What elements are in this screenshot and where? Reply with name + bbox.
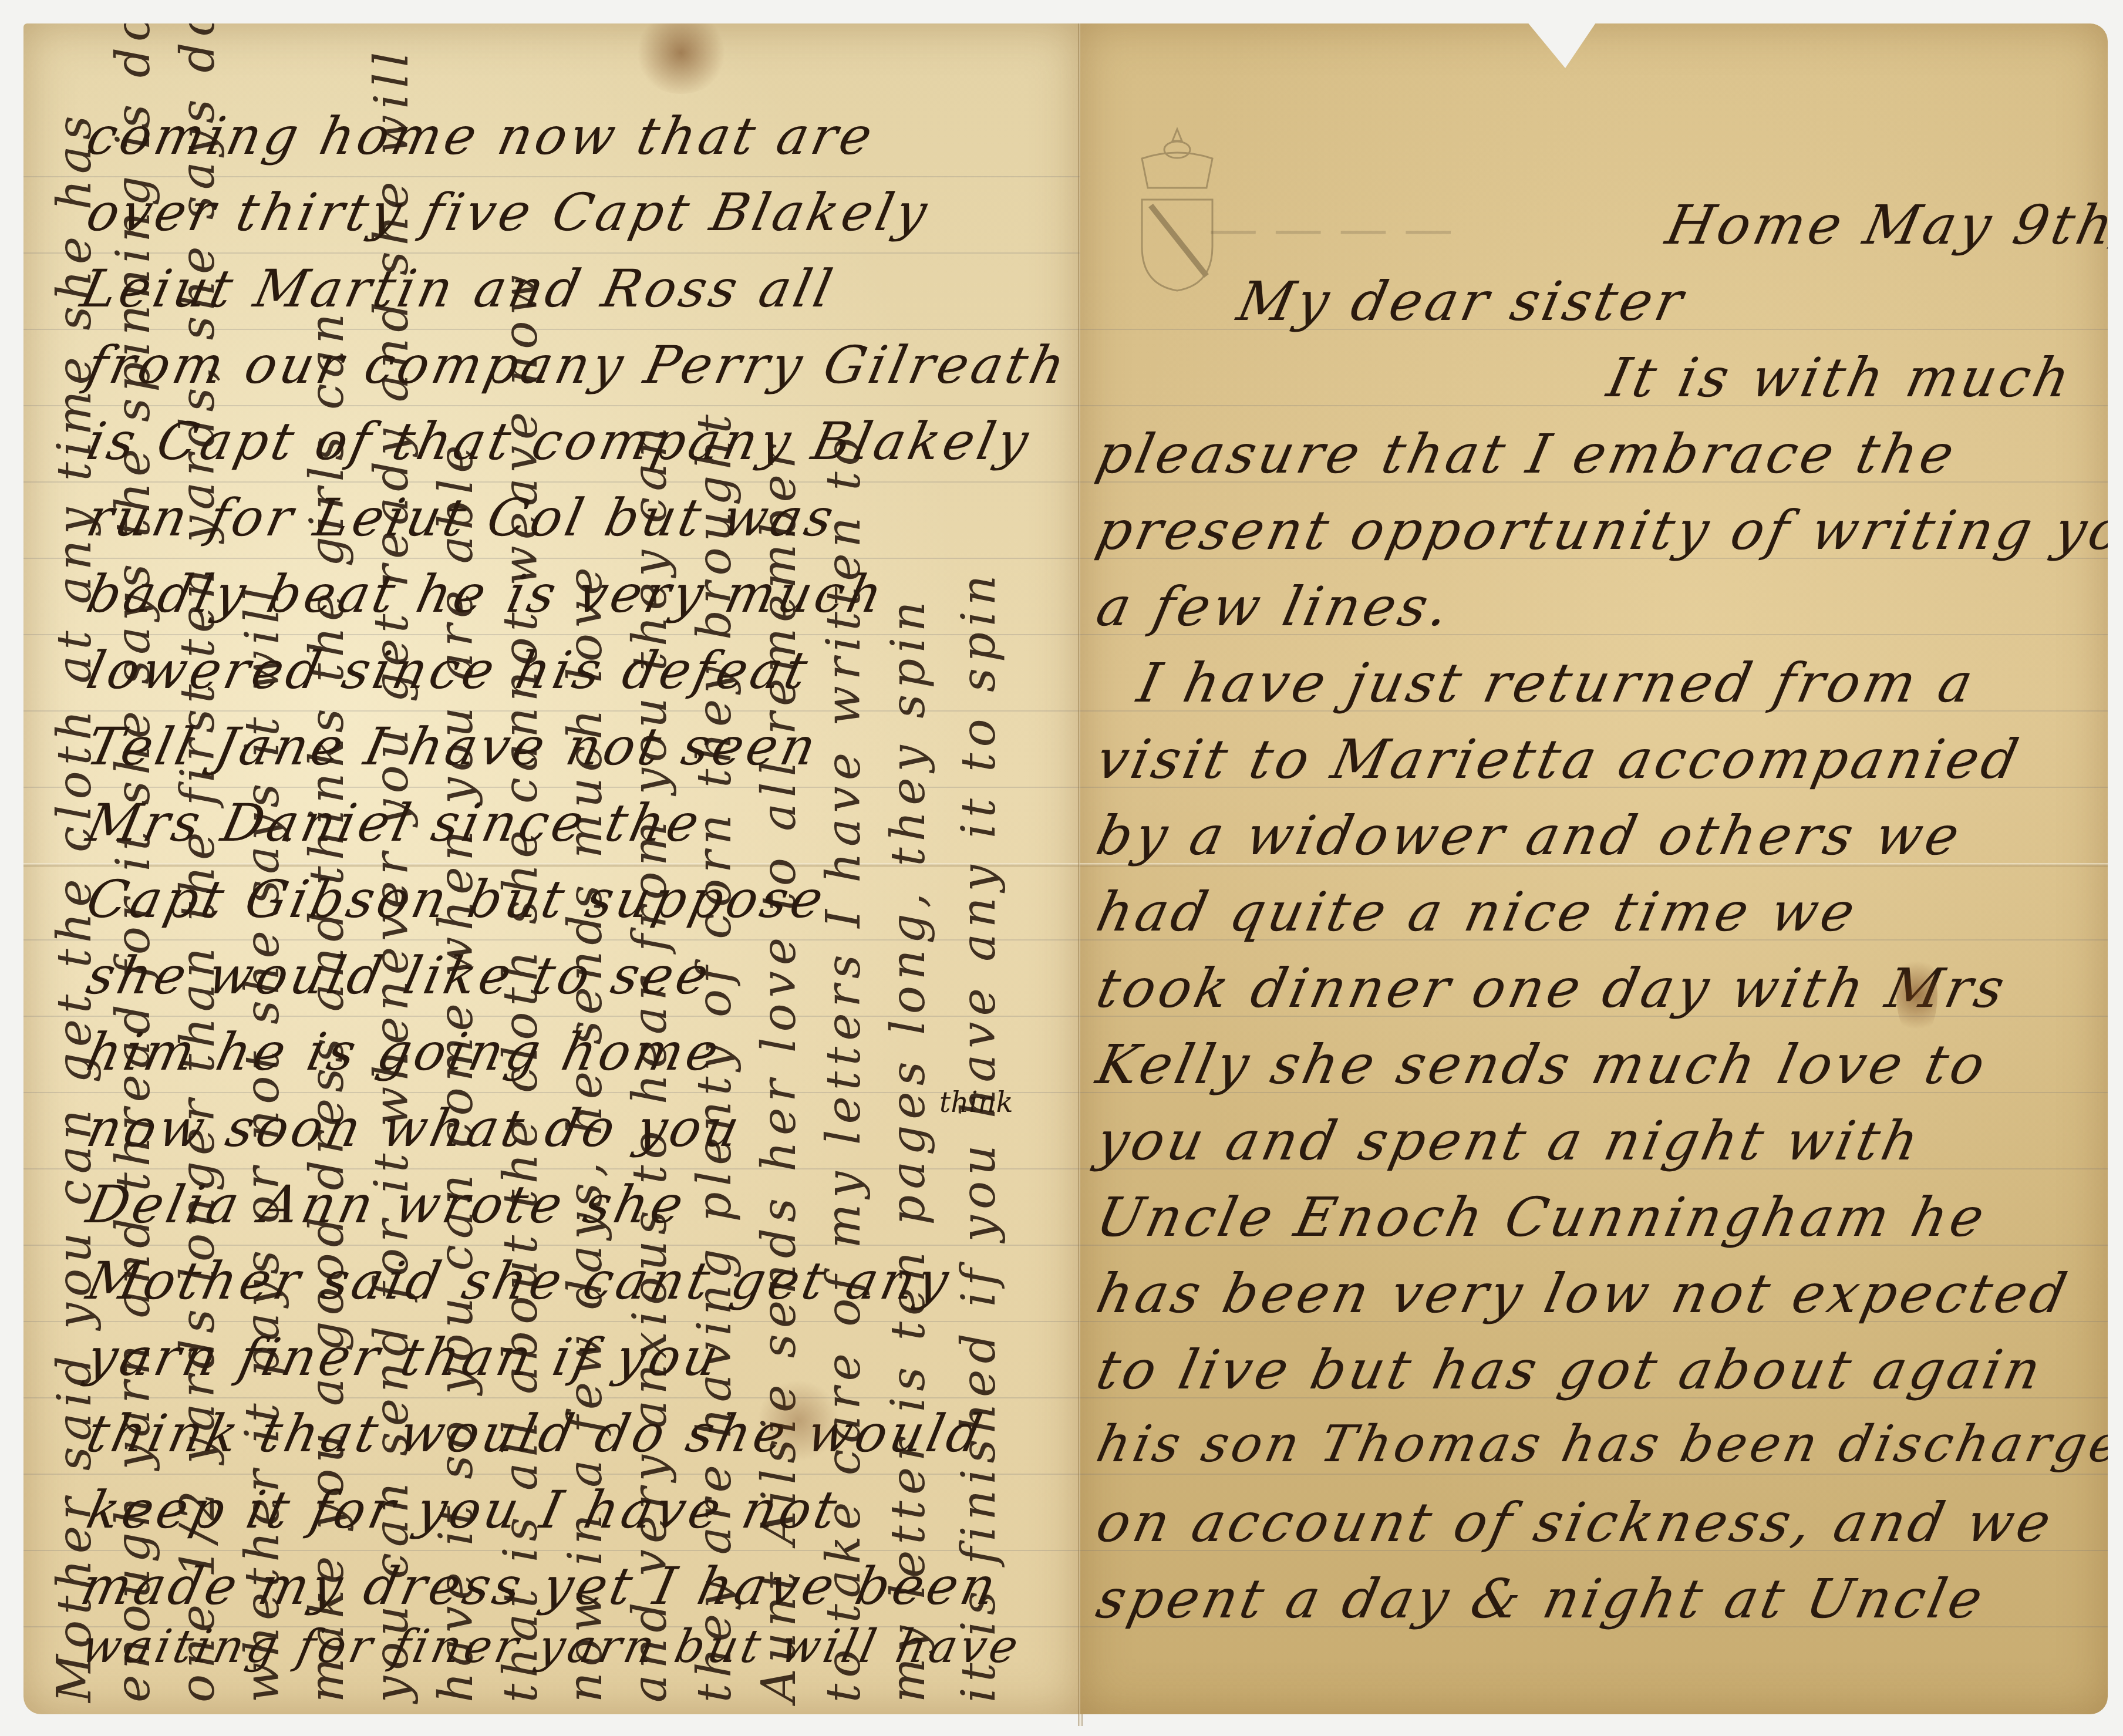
salutation: My dear sister <box>1232 270 1692 333</box>
inserted-word: think <box>939 1086 1013 1119</box>
letter-line: his son Thomas has been discharged <box>1091 1415 2108 1474</box>
letter-line: is Capt of that company Blakely <box>82 411 1037 471</box>
letter-line: she would like to see <box>82 945 717 1006</box>
letter-line: a few lines. <box>1091 575 1458 638</box>
vertical-line: it is finished if you have any it to spi… <box>951 569 1006 1703</box>
letter-line: now soon what do you <box>82 1098 748 1158</box>
letter-line: on account of sickness, and we <box>1091 1491 2060 1554</box>
letter-line: pleasure that I embrace the <box>1091 423 1963 486</box>
letter-line: yarn finer than if you <box>82 1327 727 1387</box>
letter-line: waiting for finer yarn but will have <box>76 1620 1026 1673</box>
ruled-line <box>1080 1474 2108 1475</box>
letter-line: coming home now that are <box>82 106 881 166</box>
letter-line: Uncle Enoch Cunningham he <box>1091 1186 1993 1249</box>
letter-line: badly beat he is very much <box>82 564 891 624</box>
letter-line: lowered since his defeat <box>82 640 816 700</box>
ink-stain <box>1896 951 1937 1039</box>
letter-line: present opportunity of writing you <box>1091 499 2108 562</box>
show-through-text: — — — — <box>1204 200 1460 257</box>
letter-line: It is with much <box>1602 346 2079 409</box>
letter-line: Capt Gibson but suppose <box>82 869 832 929</box>
left-page: Mother said you can get the cloth at any… <box>23 23 1080 1714</box>
paper-tear <box>1526 23 1597 68</box>
letter-sheet: Mother said you can get the cloth at any… <box>0 23 2123 1726</box>
letter-line: Kelly she sends much love to <box>1091 1033 1994 1096</box>
letter-line: to live but has got about again <box>1091 1339 2050 1401</box>
letter-line: think that would do she would <box>82 1403 990 1464</box>
letter-line: took dinner one day with Mrs <box>1091 957 2013 1020</box>
letter-line: Delia Ann wrote she <box>82 1174 692 1235</box>
letter-line: Tell Jane I have not seen <box>82 716 824 777</box>
letter-line: I have just returned from a <box>1133 652 1982 714</box>
letter-line: keep it for you I have not <box>82 1479 845 1540</box>
letter-line: run for Leiut Col but was <box>82 487 842 548</box>
letter-line: has been very low not expected <box>1091 1262 2075 1325</box>
letter-line: from our company Perry Gilreath <box>82 335 1074 395</box>
letter-line: spent a day & night at Uncle <box>1091 1568 1991 1630</box>
letter-line: by a widower and others we <box>1091 804 1969 867</box>
letter-line: made my dress yet I have been <box>76 1556 1005 1616</box>
letter-line: Mrs Daniel since the <box>82 793 708 853</box>
place-date: Home May 9th/62 <box>1661 194 2108 257</box>
letter-line: visit to Marietta accompanied <box>1091 728 2027 791</box>
letter-line: over thirty five Capt Blakely <box>82 182 936 242</box>
letter-line: had quite a nice time we <box>1091 881 1864 943</box>
right-page: — — — — Home May 9th/62 My dear sister I… <box>1080 23 2108 1714</box>
ink-stain <box>757 1380 840 1462</box>
vertical-line: my letter is ten pages long, they spin <box>881 595 935 1703</box>
letter-line: him he is going home <box>82 1022 727 1082</box>
letter-line: Leiut Martin and Ross all <box>76 258 841 319</box>
letter-line: Mother said she cant get any <box>82 1250 957 1311</box>
embossed-seal-icon <box>1127 117 1227 294</box>
letter-line: you and spent a night with <box>1091 1110 1927 1172</box>
